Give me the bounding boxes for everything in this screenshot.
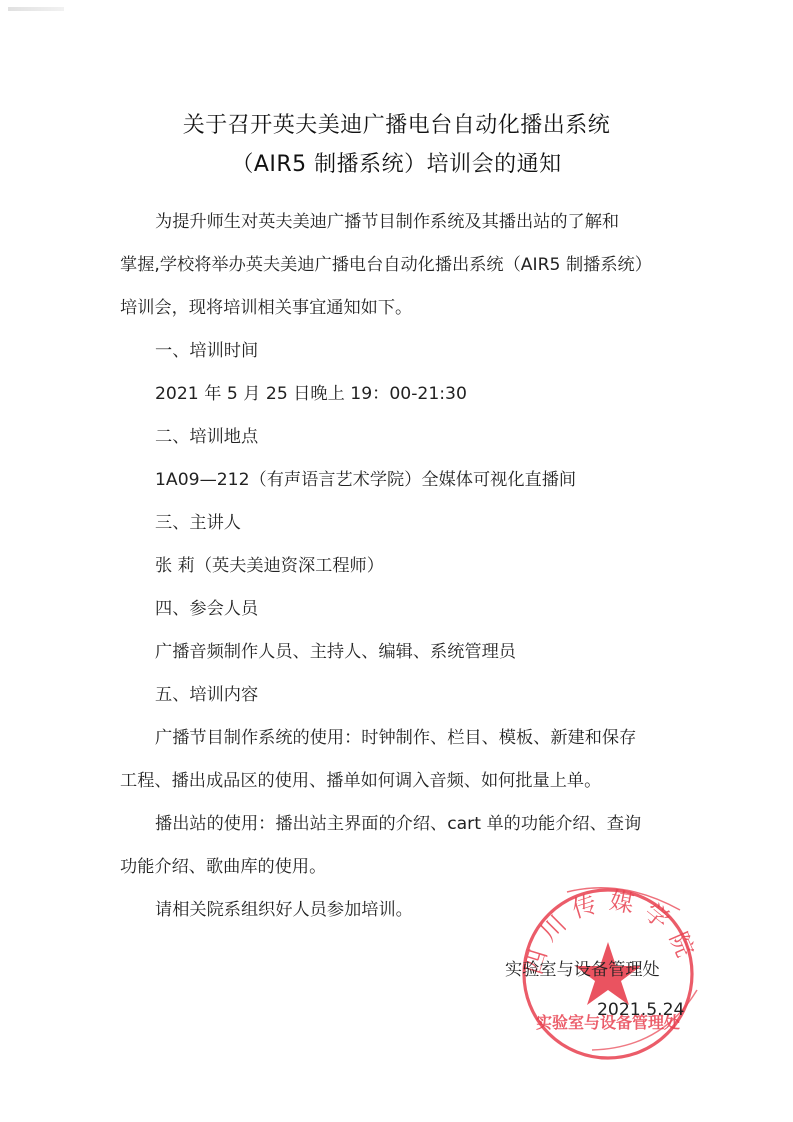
intro-paragraph-line-2: 掌握,学校将举办英夫美迪广播电台自动化播出系统（AIR5 制播系统） [120,250,652,275]
signature-department: 实验室与设备管理处 [505,955,660,980]
section-heading-time: 一、培训时间 [155,336,258,361]
section-content-location: 1A09—212（有声语言艺术学院）全媒体可视化直播间 [155,465,576,490]
document-title-line-2: （AIR5 制播系统）培训会的通知 [0,147,793,178]
document-title-line-1: 关于召开英夫美迪广播电台自动化播出系统 [0,108,793,139]
closing-line: 请相关院系组织好人员参加培训。 [155,895,413,920]
section-content-line-1: 广播节目制作系统的使用：时钟制作、栏目、模板、新建和保存 [155,723,636,748]
section-heading-location: 二、培训地点 [155,422,258,447]
intro-paragraph-line-1: 为提升师生对英夫美迪广播节目制作系统及其播出站的了解和 [155,207,619,232]
section-content-speaker: 张 莉（英夫美迪资深工程师） [155,551,384,576]
section-content-line-3: 播出站的使用：播出站主界面的介绍、cart 单的功能介绍、查询 [155,809,641,834]
intro-paragraph-line-3: 培训会，现将培训相关事宜通知如下。 [120,293,412,318]
notice-document: 关于召开英夫美迪广播电台自动化播出系统 （AIR5 制播系统）培训会的通知 为提… [0,0,793,1122]
section-content-line-2: 工程、播出成品区的使用、播单如何调入音频、如何批量上单。 [120,766,601,791]
section-heading-content: 五、培训内容 [155,680,258,705]
section-content-time: 2021 年 5 月 25 日晚上 19：00-21:30 [155,379,467,404]
signature-date: 2021.5.24 [597,1000,684,1020]
section-heading-speaker: 三、主讲人 [155,508,241,533]
section-content-attendees: 广播音频制作人员、主持人、编辑、系统管理员 [155,637,516,662]
section-content-line-4: 功能介绍、歌曲库的使用。 [120,852,326,877]
section-heading-attendees: 四、参会人员 [155,594,258,619]
